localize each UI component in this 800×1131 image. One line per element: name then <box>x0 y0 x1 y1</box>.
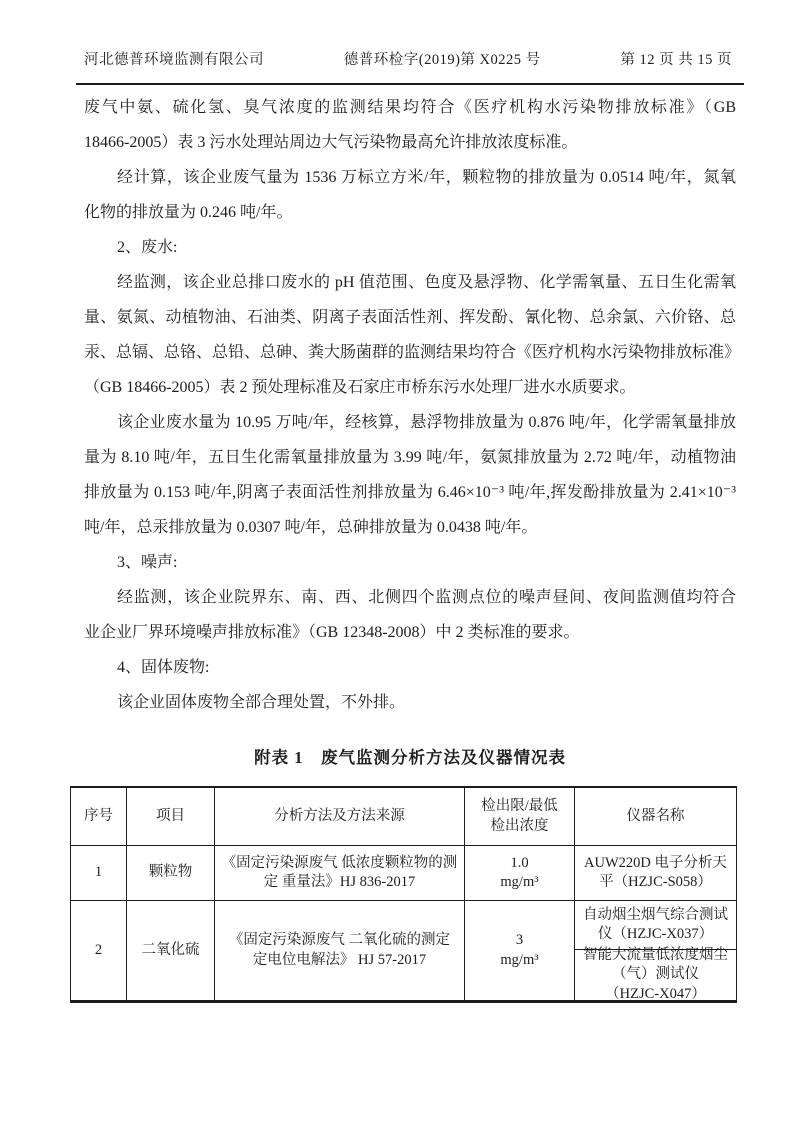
col-header-limit: 检出限/最低 检出浓度 <box>464 788 574 845</box>
body-line: 业企业厂界环境噪声排放标准》（GB 12348-2008）中 2 类标准的要求。 <box>84 615 736 650</box>
cell-row2-method: 《固定污染源废气 二氧化硫的测定 定电位电解法》 HJ 57-2017 <box>214 900 464 1000</box>
header-rule <box>76 83 744 85</box>
body-line: 经监测，该企业总排口废水的 pH 值范围、色度及悬浮物、化学需氧量、五日生化需氧 <box>84 265 736 300</box>
body-line: 该企业固体废物全部合理处置，不外排。 <box>84 685 736 720</box>
cell-row2-no: 2 <box>71 900 126 1000</box>
cell-row2-instrument-2: 智能大流量低浓度烟尘 （气）测试仪 （HZJC-X047） <box>574 949 736 1000</box>
cell-row1-no: 1 <box>71 845 126 900</box>
page-header: 河北德普环境监测有限公司 德普环检字(2019)第 X0225 号 第 12 页… <box>84 48 732 69</box>
cell-row1-instrument: AUW220D 电子分析天 平（HZJC-S058） <box>574 845 736 900</box>
cell-row1-limit: 1.0 mg/m³ <box>464 845 574 900</box>
col-header-instrument: 仪器名称 <box>574 788 736 845</box>
cell-row2-item: 二氧化硫 <box>126 900 214 1000</box>
body-line: 汞、总镉、总铬、总铅、总砷、粪大肠菌群的监测结果均符合《医疗机构水污染物排放标准… <box>84 335 736 370</box>
body-line: 废气中氨、硫化氢、臭气浓度的监测结果均符合《医疗机构水污染物排放标准》（GB <box>84 90 736 125</box>
cell-row1-method: 《固定污染源废气 低浓度颗粒物的测 定 重量法》HJ 836-2017 <box>214 845 464 900</box>
company-name: 河北德普环境监测有限公司 <box>84 48 264 69</box>
col-header-no: 序号 <box>71 788 126 845</box>
body-line: （GB 18466-2005）表 2 预处理标准及石家庄市桥东污水处理厂进水水质… <box>84 370 736 405</box>
cell-row2-instrument-1: 自动烟尘烟气综合测试 仪（HZJC-X037） <box>574 900 736 949</box>
cell-row1-item: 颗粒物 <box>126 845 214 900</box>
col-header-method: 分析方法及方法来源 <box>214 788 464 845</box>
section-heading-solid-waste: 4、固体废物: <box>84 650 736 685</box>
body-line: 量、氨氮、动植物油、石油类、阴离子表面活性剂、挥发酚、氰化物、总余氯、六价铬、总 <box>84 300 736 335</box>
document-body: 废气中氨、硫化氢、臭气浓度的监测结果均符合《医疗机构水污染物排放标准》（GB 1… <box>84 90 736 720</box>
body-line: 量为 8.10 吨/年，五日生化需氧量排放量为 3.99 吨/年，氨氮排放量为 … <box>84 440 736 475</box>
body-line: 经监测，该企业院界东、南、西、北侧四个监测点位的噪声昼间、夜间监测值均符合《工 <box>84 580 736 615</box>
body-line: 排放量为 0.153 吨/年,阴离子表面活性剂排放量为 6.46×10⁻³ 吨/… <box>84 475 736 510</box>
section-heading-wastewater: 2、废水: <box>84 230 736 265</box>
doc-number: 德普环检字(2019)第 X0225 号 <box>344 48 541 69</box>
body-line: 化物的排放量为 0.246 吨/年。 <box>84 195 736 230</box>
col-header-item: 项目 <box>126 788 214 845</box>
body-line: 吨/年，总汞排放量为 0.0307 吨/年，总砷排放量为 0.0438 吨/年。 <box>84 510 736 545</box>
document-page: 河北德普环境监测有限公司 德普环检字(2019)第 X0225 号 第 12 页… <box>0 0 800 1131</box>
body-line: 该企业废水量为 10.95 万吨/年，经核算，悬浮物排放量为 0.876 吨/年… <box>84 405 736 440</box>
section-heading-noise: 3、噪声: <box>84 545 736 580</box>
body-line: 18466-2005）表 3 污水处理站周边大气污染物最高允许排放浓度标准。 <box>84 125 736 160</box>
page-info: 第 12 页 共 15 页 <box>620 48 732 69</box>
table-title: 附表 1 废气监测分析方法及仪器情况表 <box>84 744 736 768</box>
cell-row2-limit: 3 mg/m³ <box>464 900 574 1000</box>
monitoring-table: 序号 项目 分析方法及方法来源 检出限/最低 检出浓度 仪器名称 1 颗粒物 《… <box>70 786 737 1003</box>
body-line: 经计算，该企业废气量为 1536 万标立方米/年，颗粒物的排放量为 0.0514… <box>84 160 736 195</box>
